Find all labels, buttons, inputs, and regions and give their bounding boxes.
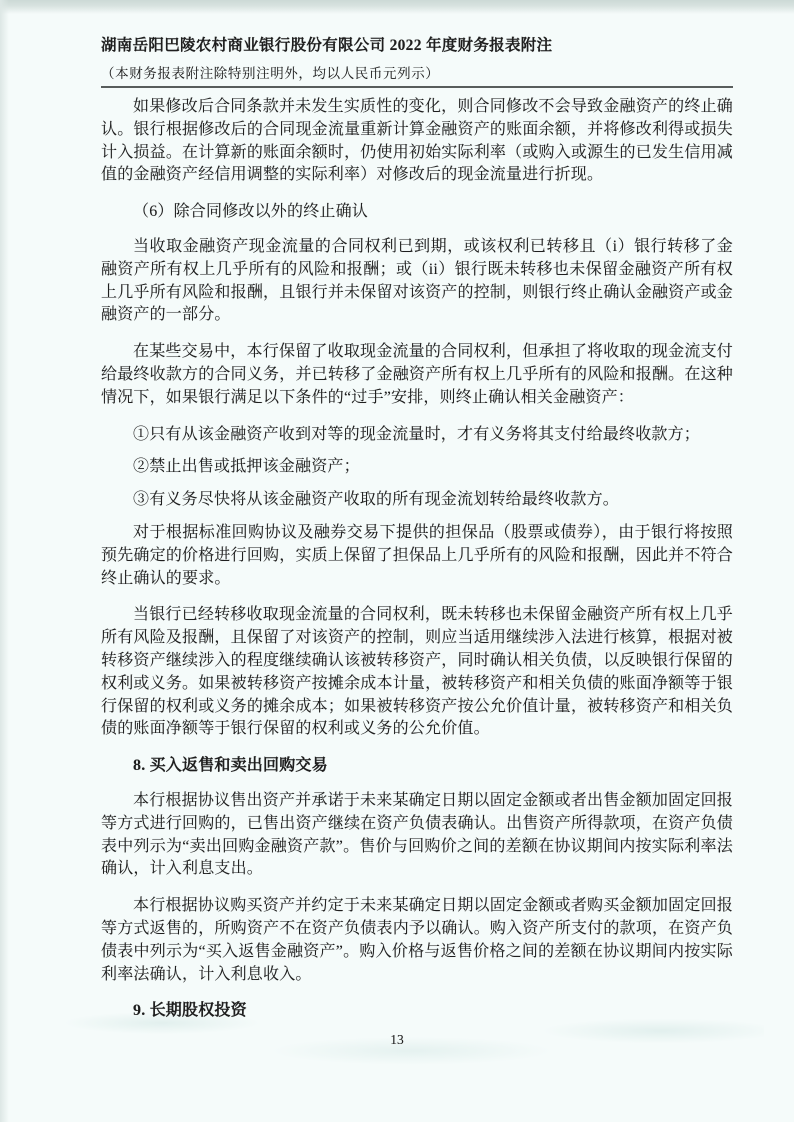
document-subtitle-note: （本财务报表附注除特别注明外，均以人民币元列示）	[101, 65, 733, 82]
page-header: 湖南岳阳巴陵农村商业银行股份有限公司 2022 年度财务报表附注 （本财务报表附…	[101, 36, 733, 88]
passthrough-condition-2: ②禁止出售或抵押该金融资产；	[101, 456, 733, 479]
scan-edge-left	[0, 0, 9, 1122]
heading-long-term-equity-investment: 9. 长期股权投资	[101, 1000, 733, 1023]
paragraph-derecognition-conditions: 当收取金融资产现金流量的合同权利已到期，或该权利已转移且（i）银行转移了金融资产…	[101, 236, 733, 327]
document-body: 如果修改后合同条款并未发生实质性的变化，则合同修改不会导致金融资产的终止确认。银…	[101, 96, 733, 1023]
heading-repo-transactions: 8. 买入返售和卖出回购交易	[101, 755, 733, 778]
paragraph-continuing-involvement: 当银行已经转移收取现金流量的合同权利，既未转移也未保留金融资产所有权上几乎所有风…	[101, 604, 733, 741]
document-page: 湖南岳阳巴陵农村商业银行股份有限公司 2022 年度财务报表附注 （本财务报表附…	[0, 0, 794, 1122]
scan-edge-top	[0, 0, 794, 14]
heading-derecognition-other-than-modification: （6）除合同修改以外的终止确认	[101, 201, 733, 224]
page-number: 13	[0, 1032, 794, 1048]
document-title: 湖南岳阳巴陵农村商业银行股份有限公司 2022 年度财务报表附注	[101, 36, 733, 56]
passthrough-condition-3: ③有义务尽快将从该金融资产收取的所有现金流划转给最终收款方。	[101, 489, 733, 512]
paragraph-assets-sold-under-repo: 本行根据协议售出资产并承诺于未来某确定日期以固定金额或者出售金额加固定回报等方式…	[101, 790, 733, 881]
paragraph-repo-collateral: 对于根据标准回购协议及融券交易下提供的担保品（股票或债券），由于银行将按照预先确…	[101, 522, 733, 590]
paragraph-passthrough-arrangement: 在某些交易中，本行保留了收取现金流量的合同权利，但承担了将收取的现金流支付给最终…	[101, 341, 733, 409]
passthrough-condition-1: ①只有从该金融资产收到对等的现金流量时，才有义务将其支付给最终收款方；	[101, 424, 733, 447]
paragraph-assets-bought-under-reverse-repo: 本行根据协议购买资产并约定于未来某确定日期以固定金额或者购买金额加固定回报等方式…	[101, 895, 733, 986]
document-column: 湖南岳阳巴陵农村商业银行股份有限公司 2022 年度财务报表附注 （本财务报表附…	[101, 36, 733, 1035]
paragraph-contract-modification: 如果修改后合同条款并未发生实质性的变化，则合同修改不会导致金融资产的终止确认。银…	[101, 96, 733, 187]
